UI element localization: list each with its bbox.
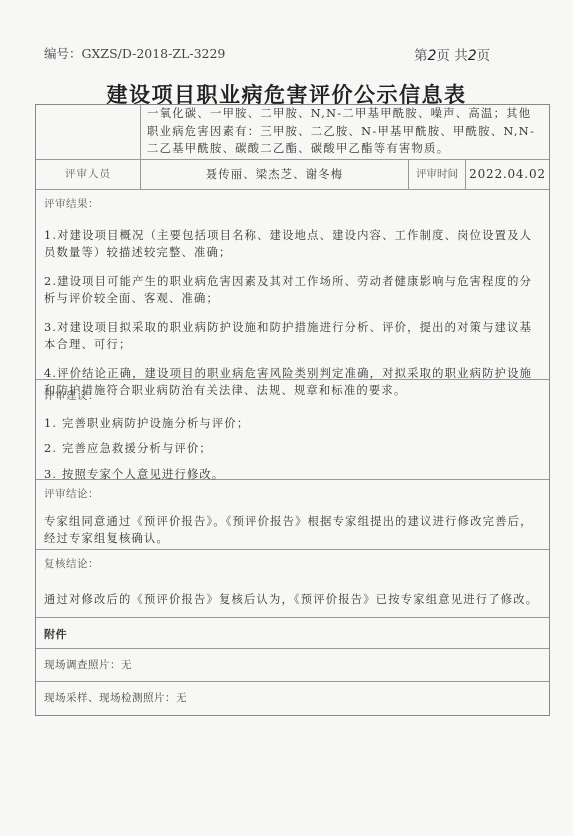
review-results-label: 评审结果：	[44, 196, 541, 214]
review-conclusion-text: 专家组同意通过《预评价报告》。《预评价报告》根据专家组提出的建议进行修改完善后，…	[44, 510, 541, 548]
sampling-photos: 现场采样、现场检测照片：无	[36, 682, 195, 715]
recheck-conclusion-text: 通过对修改后的《预评价报告》复核后认为，《预评价报告》已按专家组意见进行了修改。	[44, 588, 541, 609]
attachments-label: 附件	[36, 618, 75, 648]
review-result-item: 2.建设项目可能产生的职业病危害因素及其对工作场所、劳动者健康影响与危害程度的分…	[44, 270, 541, 308]
review-conclusion-row: 评审结论： 专家组同意通过《预评价报告》。《预评价报告》根据专家组提出的建议进行…	[36, 480, 549, 550]
page-indicator: 第2页 共2页	[414, 44, 490, 64]
site-survey-photos-row: 现场调查照片：无	[36, 649, 549, 682]
recheck-conclusion-row: 复核结论： 通过对修改后的《预评价报告》复核后认为，《预评价报告》已按专家组意见…	[36, 550, 549, 618]
review-conclusion-block: 评审结论： 专家组同意通过《预评价报告》。《预评价报告》根据专家组提出的建议进行…	[36, 480, 549, 549]
review-time-label: 评审时间	[408, 160, 466, 189]
reviewers-row: 评审人员 聂传丽、梁杰芝、谢冬梅 评审时间 2022.04.02	[36, 160, 549, 190]
review-suggestion-item: 1. 完善职业病防护设施分析与评价；	[44, 412, 541, 433]
hazards-row: 一氧化碳、一甲胺、二甲胺、N,N-二甲基甲酰胺、噪声、高温；其他职业病危害因素有…	[36, 105, 549, 160]
review-suggestions-label: 评审建议：	[44, 388, 541, 406]
page-total: 2	[468, 48, 477, 64]
sampling-photos-row: 现场采样、现场检测照片：无	[36, 682, 549, 715]
review-results-row: 评审结果： 1.对建设项目概况（主要包括项目名称、建设地点、建设内容、工作制度、…	[36, 190, 549, 380]
review-suggestions-block: 评审建议： 1. 完善职业病防护设施分析与评价； 2. 完善应急救援分析与评价；…	[36, 380, 549, 479]
review-suggestions-row: 评审建议： 1. 完善职业病防护设施分析与评价； 2. 完善应急救援分析与评价；…	[36, 380, 549, 480]
review-results-block: 评审结果： 1.对建设项目概况（主要包括项目名称、建设地点、建设内容、工作制度、…	[36, 190, 549, 379]
review-conclusion-label: 评审结论：	[44, 486, 541, 504]
document-number: 编号：GXZS/D-2018-ZL-3229	[44, 44, 225, 62]
page-suffix: 页	[477, 48, 491, 64]
document-header: 编号：GXZS/D-2018-ZL-3229 第2页 共2页	[44, 44, 533, 64]
review-suggestion-item: 2. 完善应急救援分析与评价；	[44, 437, 541, 458]
attachments-header-row: 附件	[36, 618, 549, 649]
recheck-conclusion-label: 复核结论：	[44, 556, 541, 574]
recheck-conclusion-block: 复核结论： 通过对修改后的《预评价报告》复核后认为，《预评价报告》已按专家组意见…	[36, 550, 549, 617]
review-result-item: 3.对建设项目拟采取的职业病防护设施和防护措施进行分析、评价，提出的对策与建议基…	[44, 316, 541, 354]
page-mid: 页 共	[436, 48, 467, 64]
reviewers-names: 聂传丽、梁杰芝、谢冬梅	[141, 160, 408, 189]
hazards-label-cell	[36, 105, 141, 159]
review-date: 2022.04.02	[466, 160, 549, 189]
reviewers-label: 评审人员	[36, 160, 141, 189]
review-result-item: 1.对建设项目概况（主要包括项目名称、建设地点、建设内容、工作制度、岗位设置及人…	[44, 224, 541, 262]
site-survey-photos: 现场调查照片：无	[36, 649, 140, 681]
hazards-text: 一氧化碳、一甲胺、二甲胺、N,N-二甲基甲酰胺、噪声、高温；其他职业病危害因素有…	[141, 105, 549, 159]
page-prefix: 第	[414, 48, 428, 64]
info-table: 一氧化碳、一甲胺、二甲胺、N,N-二甲基甲酰胺、噪声、高温；其他职业病危害因素有…	[35, 104, 550, 716]
